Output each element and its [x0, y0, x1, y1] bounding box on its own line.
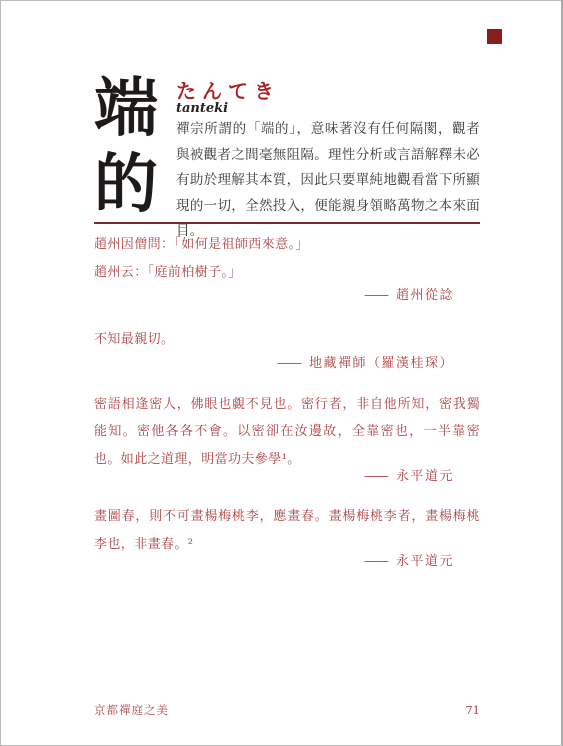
attribution-name: 永平道元 [396, 554, 454, 569]
quote-block-2: 不知最親切。 ——地藏禪師（羅漢桂琛） [94, 326, 480, 374]
quote-block-3: 密語相逢密人，佛眼也覷不見也。密行者，非自他所知，密我獨能知。密他各各不會。以密… [94, 391, 480, 488]
chapter-intro: 禪宗所謂的「端的」，意味著沒有任何隔閡，觀者與被觀者之間毫無阻隔。理性分析或言語… [176, 117, 480, 245]
attribution-name: 地藏禪師（羅漢桂琛） [309, 356, 454, 371]
chapter-title-romaji: tanteki [176, 101, 480, 117]
quote-attribution: ——趙州從諗 [94, 286, 480, 306]
section-divider-rule [94, 222, 480, 224]
footer-book-title: 京都禪庭之美 [94, 703, 169, 717]
quote-paragraph: 畫圖春，則不可畫楊梅桃李，應畫春。畫楊梅桃李者，畫楊梅桃李也，非畫春。² [94, 503, 480, 558]
attribution-dash: —— [277, 356, 301, 371]
attribution-dash: —— [364, 554, 388, 569]
chapter-title-kana: たんてき [176, 81, 480, 101]
page-footer: 京都禪庭之美 71 [94, 703, 480, 717]
quote-line: 不知最親切。 [94, 326, 480, 354]
chapter-header: 端 的 たんてき tanteki 禪宗所謂的「端的」，意味著沒有任何隔閡，觀者與… [94, 71, 480, 245]
chapter-marker-square [487, 29, 502, 44]
chapter-kanji-1: 端 [94, 71, 176, 147]
quote-block-1: 趙州因僧問：「如何是祖師西來意。」 趙州云：「庭前柏樹子。」 ——趙州從諗 [94, 231, 480, 306]
attribution-name: 永平道元 [396, 469, 454, 484]
chapter-header-text: たんてき tanteki 禪宗所謂的「端的」，意味著沒有任何隔閡，觀者與被觀者之… [176, 71, 480, 245]
quote-line: 趙州因僧問：「如何是祖師西來意。」 [94, 231, 480, 259]
attribution-dash: —— [364, 469, 388, 484]
attribution-dash: —— [364, 288, 388, 303]
chapter-kanji-2: 的 [94, 147, 176, 223]
attribution-name: 趙州從諗 [396, 288, 454, 303]
quote-line: 趙州云：「庭前柏樹子。」 [94, 259, 480, 287]
footer-page-number: 71 [465, 703, 480, 717]
quotes-section: 趙州因僧問：「如何是祖師西來意。」 趙州云：「庭前柏樹子。」 ——趙州從諗 不知… [94, 231, 480, 572]
quote-attribution: ——地藏禪師（羅漢桂琛） [94, 354, 480, 374]
book-page: 端 的 たんてき tanteki 禪宗所謂的「端的」，意味著沒有任何隔閡，觀者與… [0, 0, 563, 746]
chapter-kanji-column: 端 的 [94, 71, 176, 245]
quote-block-4: 畫圖春，則不可畫楊梅桃李，應畫春。畫楊梅桃李者，畫楊梅桃李也，非畫春。² ——永… [94, 503, 480, 572]
quote-paragraph: 密語相逢密人，佛眼也覷不見也。密行者，非自他所知，密我獨能知。密他各各不會。以密… [94, 391, 480, 474]
